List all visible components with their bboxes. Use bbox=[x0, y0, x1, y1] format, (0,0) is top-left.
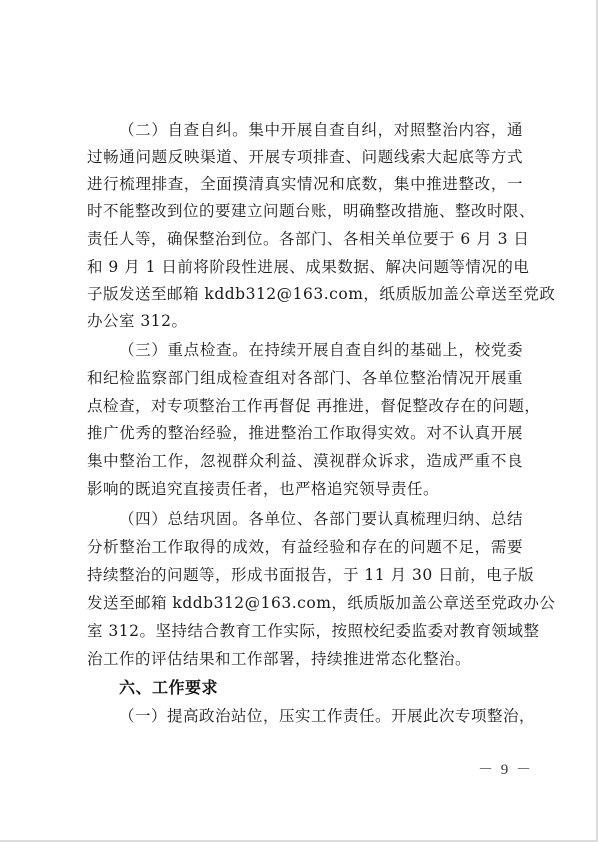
paragraph-line: （三）重点检查。在持续开展自查自纠的基础上，校党委 bbox=[119, 337, 523, 363]
paragraph-line: 时不能整改到位的要建立问题台账，明确整改措施、整改时限、 bbox=[87, 198, 523, 224]
paragraph-line: 办公室 312。 bbox=[87, 308, 523, 334]
paragraph-line: 集中整治工作，忽视群众利益、漠视群众诉求，造成严重不良 bbox=[87, 448, 523, 474]
paragraph-line: 治工作的评估结果和工作部署，持续推进常态化整治。 bbox=[87, 646, 523, 672]
document-page: （二）自查自纠。集中开展自查自纠，对照整治内容，通 过畅通问题反映渠道、开展专项… bbox=[0, 0, 596, 840]
paragraph-line: 子版发送至邮箱 kddb312@163.com，纸质版加盖公章送至党政 bbox=[87, 281, 523, 307]
paragraph-line: 和纪检监察部门组成检查组对各部门、各单位整治情况开展重 bbox=[87, 365, 523, 391]
paragraph-line: 点检查，对专项整治工作再督促 再推进，督促整改存在的问题， bbox=[87, 393, 523, 419]
section-heading: 六、工作要求 bbox=[119, 675, 218, 701]
paragraph-line: 影响的既追究直接责任者，也严格追究领导责任。 bbox=[87, 476, 523, 502]
paragraph-line: 发送至邮箱 kddb312@163.com，纸质版加盖公章送至党政办公 bbox=[87, 590, 523, 616]
paragraph-line: （四）总结巩固。各单位、各部门要认真梳理归纳、总结 bbox=[119, 506, 523, 532]
paragraph-line: 过畅通问题反映渠道、开展专项排查、问题线索大起底等方式 bbox=[87, 144, 523, 170]
paragraph-line: 和 9 月 1 日前将阶段性进展、成果数据、解决问题等情况的电 bbox=[87, 254, 523, 280]
paragraph-line: 持续整治的问题等，形成书面报告，于 11 月 30 日前，电子版 bbox=[87, 562, 523, 588]
paragraph-line: 责任人等，确保整治到位。各部门、各相关单位要于 6 月 3 日 bbox=[87, 226, 523, 252]
paragraph-line: 进行梳理排查，全面摸清真实情况和底数，集中推进整改，一 bbox=[87, 171, 523, 197]
paragraph-line: 分析整治工作取得的成效，有益经验和存在的问题不足，需要 bbox=[87, 534, 523, 560]
paragraph-line: （一）提高政治站位，压实工作责任。开展此次专项整治， bbox=[119, 703, 523, 729]
page-number: － 9 － bbox=[478, 758, 533, 779]
paragraph-line: 室 312。坚持结合教育工作实际，按照校纪委监委对教育领域整 bbox=[87, 618, 523, 644]
paragraph-line: 推广优秀的整治经验，推进整治工作取得实效。对不认真开展 bbox=[87, 420, 523, 446]
paragraph-line: （二）自查自纠。集中开展自查自纠，对照整治内容，通 bbox=[119, 117, 523, 143]
